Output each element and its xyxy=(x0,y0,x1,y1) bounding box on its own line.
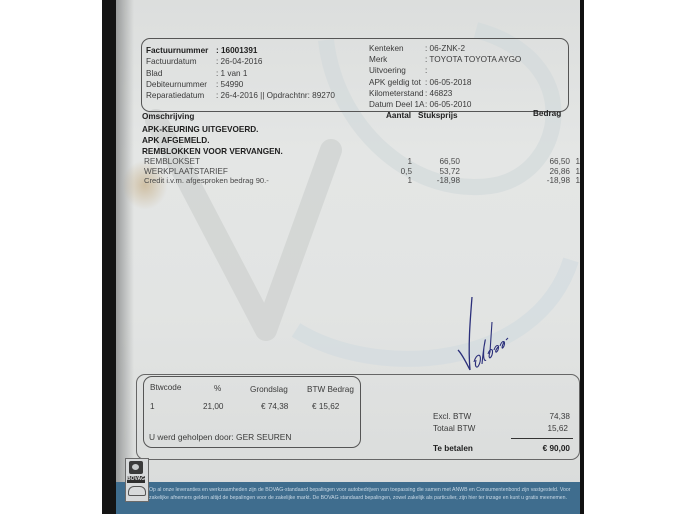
item-quantity: 1 xyxy=(407,157,412,166)
field-label: Reparatiedatum xyxy=(146,90,216,101)
gear-icon xyxy=(129,461,143,474)
vat-header-base: Grondslag xyxy=(250,385,288,394)
field-value: : 26-4-2016 || Opdrachtnr: 89270 xyxy=(216,90,335,101)
field-value: : xyxy=(425,65,427,76)
invoice-line-item: REMBLOKSET166,5066,501 xyxy=(142,157,580,167)
footer-terms-line-2: zakelijke afnemers gelden altijd de bepa… xyxy=(149,495,577,503)
item-quantity: 1 xyxy=(407,176,412,185)
field-label: Blad xyxy=(146,68,216,79)
invoice-note: APK AFGEMELD. xyxy=(142,136,209,145)
field-value: : 1 van 1 xyxy=(216,68,247,79)
column-header-unit-price: Stuksprijs xyxy=(418,111,458,120)
vat-row-base: € 74,38 xyxy=(261,402,288,411)
field-label: Datum Deel 1A xyxy=(369,99,425,110)
vehicle-field: Kenteken: 06-ZNK-2 xyxy=(369,43,465,54)
field-label: APK geldig tot xyxy=(369,77,425,88)
bovag-logo: BOVAG xyxy=(125,458,149,502)
field-value: : 54990 xyxy=(216,79,243,90)
total-divider xyxy=(511,438,573,439)
field-value: : 06-05-2010 xyxy=(425,99,471,110)
item-amount: 26,86 xyxy=(550,167,571,176)
column-header-quantity: Aantal xyxy=(386,111,411,120)
item-description: WERKPLAATSTARIEF xyxy=(144,167,228,176)
column-header-amount: Bedrag xyxy=(533,109,561,118)
item-description: REMBLOKSET xyxy=(144,157,200,166)
vehicle-field: Datum Deel 1A: 06-05-2010 xyxy=(369,99,471,110)
field-label: Uitvoering xyxy=(369,65,425,76)
excl-vat-label: Excl. BTW xyxy=(433,412,471,421)
vat-header-vat-amount: BTW Bedrag xyxy=(307,385,354,394)
total-vat-value: 15,62 xyxy=(548,424,569,433)
paper-shadow xyxy=(116,0,134,514)
item-unit-price: 53,72 xyxy=(440,167,461,176)
footer-terms: Op al onze leveranties en werkzaamheden … xyxy=(149,487,577,502)
item-unit-price: -18,98 xyxy=(437,176,460,185)
field-label: Merk xyxy=(369,54,425,65)
total-vat-label: Totaal BTW xyxy=(433,424,475,433)
vehicle-field: APK geldig tot: 06-05-2018 xyxy=(369,77,471,88)
field-value: : 06-ZNK-2 xyxy=(425,43,465,54)
invoice-line-item: Credit i.v.m. afgesproken bedrag 90.-1-1… xyxy=(142,176,580,186)
invoice-field: Factuurdatum: 26-04-2016 xyxy=(146,56,262,67)
helped-by: U werd geholpen door: GER SEUREN xyxy=(149,432,291,442)
vat-row-code: 1 xyxy=(150,402,155,411)
item-description: Credit i.v.m. afgesproken bedrag 90.- xyxy=(144,176,269,185)
excl-vat-value: 74,38 xyxy=(550,412,571,421)
field-label: Factuurdatum xyxy=(146,56,216,67)
invoice-note: REMBLOKKEN VOOR VERVANGEN. xyxy=(142,147,283,156)
invoice-field: Debiteurnummer: 54990 xyxy=(146,79,243,90)
invoice-line-item: WERKPLAATSTARIEF0,553,7226,861 xyxy=(142,167,580,177)
field-value: : 26-04-2016 xyxy=(216,56,262,67)
signature-voldaan xyxy=(454,292,514,382)
field-value: : 16001391 xyxy=(216,45,257,56)
field-label: Kenteken xyxy=(369,43,425,54)
vat-row-percent: 21,00 xyxy=(203,402,224,411)
bovag-logo-text: BOVAG xyxy=(127,476,145,483)
item-amount: -18,98 xyxy=(547,176,570,185)
invoice-note: APK-KEURING UITGEVOERD. xyxy=(142,125,258,134)
item-unit-price: 66,50 xyxy=(440,157,461,166)
column-header-description: Omschrijving xyxy=(142,112,194,121)
amount-due-value: € 90,00 xyxy=(543,444,570,453)
field-value: : TOYOTA TOYOTA AYGO xyxy=(425,54,521,65)
field-value: : 06-05-2018 xyxy=(425,77,471,88)
car-icon xyxy=(128,486,146,496)
amount-due-label: Te betalen xyxy=(433,444,473,453)
field-label: Debiteurnummer xyxy=(146,79,216,90)
invoice-field: Reparatiedatum: 26-4-2016 || Opdrachtnr:… xyxy=(146,90,335,101)
invoice-field: Blad: 1 van 1 xyxy=(146,68,247,79)
field-label: Factuurnummer xyxy=(146,45,216,56)
vehicle-field: Kilometerstand: 46823 xyxy=(369,88,452,99)
vehicle-field: Merk: TOYOTA TOYOTA AYGO xyxy=(369,54,521,65)
vehicle-field: Uitvoering: xyxy=(369,65,427,76)
footer-terms-line-1: Op al onze leveranties en werkzaamheden … xyxy=(149,487,577,495)
field-label: Kilometerstand xyxy=(369,88,425,99)
item-amount: 66,50 xyxy=(550,157,571,166)
invoice-paper: Factuurnummer: 16001391Factuurdatum: 26-… xyxy=(116,0,580,514)
field-value: : 46823 xyxy=(425,88,452,99)
vat-row-vat-amount: € 15,62 xyxy=(312,402,339,411)
item-quantity: 0,5 xyxy=(401,167,412,176)
photo-edge xyxy=(580,0,584,514)
vat-header-percent: % xyxy=(214,384,221,393)
vat-header-code: Btwcode xyxy=(150,383,181,392)
invoice-field: Factuurnummer: 16001391 xyxy=(146,45,257,56)
